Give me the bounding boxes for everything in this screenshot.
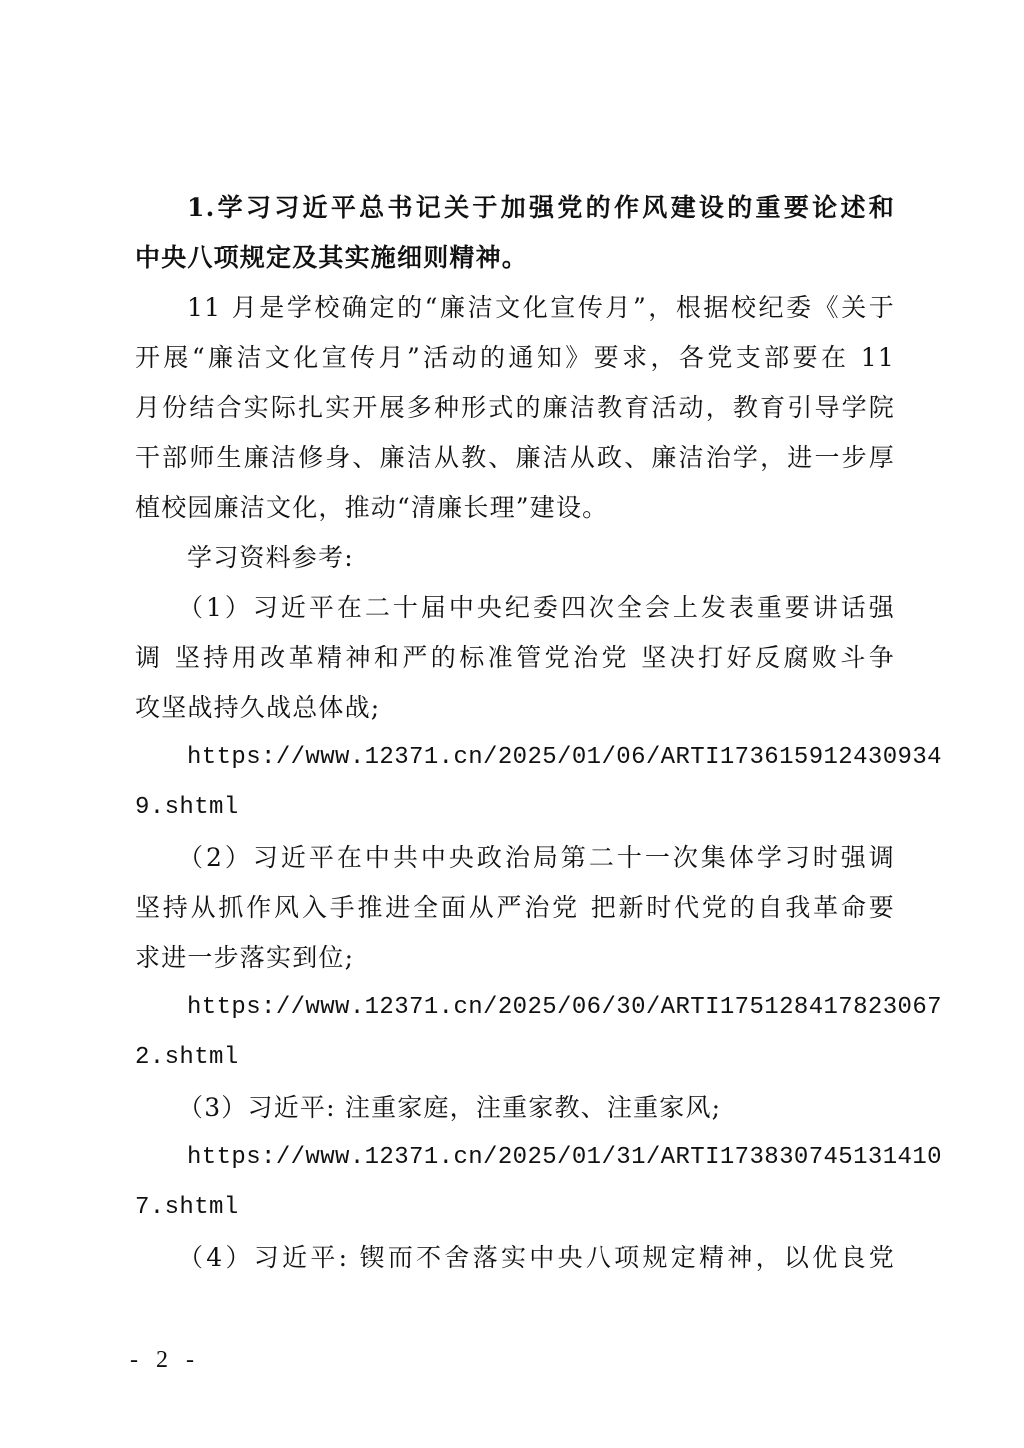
document-page: 1.学习习近平总书记关于加强党的作风建设的重要论述和 中央八项规定及其实施细则精… bbox=[0, 0, 1024, 1448]
reference-2-title-line-3: 求进一步落实到位; bbox=[135, 933, 895, 983]
reference-1-title-line-2: 调 坚持用改革精神和严的标准管党治党 坚决打好反腐败斗争 bbox=[135, 633, 895, 683]
reference-1-url-line-2[interactable]: 9.shtml bbox=[135, 783, 895, 833]
reference-3-title-line-1: （3）习近平: 注重家庭，注重家教、注重家风; bbox=[178, 1083, 895, 1133]
reference-4-title-line-1: （4）习近平: 锲而不舍落实中央八项规定精神，以优良党 bbox=[178, 1233, 895, 1283]
intro-paragraph-line-1: 11 月是学校确定的“廉洁文化宣传月”，根据校纪委《关于 bbox=[187, 283, 895, 333]
intro-paragraph-line-3: 月份结合实际扎实开展多种形式的廉洁教育活动，教育引导学院 bbox=[135, 383, 895, 433]
reference-1-title-line-3: 攻坚战持久战总体战; bbox=[135, 683, 895, 733]
intro-paragraph-line-4: 干部师生廉洁修身、廉洁从教、廉洁从政、廉洁治学，进一步厚 bbox=[135, 433, 895, 483]
reference-label: 学习资料参考: bbox=[187, 533, 895, 583]
reference-2-title-line-1: （2）习近平在中共中央政治局第二十一次集体学习时强调 bbox=[178, 833, 895, 883]
reference-1-title-line-1: （1）习近平在二十届中央纪委四次全会上发表重要讲话强 bbox=[178, 583, 895, 633]
reference-3-url-line-2[interactable]: 7.shtml bbox=[135, 1183, 895, 1233]
intro-paragraph-line-5: 植校园廉洁文化，推动“清廉长理”建设。 bbox=[135, 483, 895, 533]
reference-3-url-line-1[interactable]: https://www.12371.cn/2025/01/31/ARTI1738… bbox=[187, 1133, 895, 1183]
reference-2-url-line-1[interactable]: https://www.12371.cn/2025/06/30/ARTI1751… bbox=[187, 983, 895, 1033]
section-heading-line-1: 1.学习习近平总书记关于加强党的作风建设的重要论述和 bbox=[187, 183, 895, 233]
reference-2-title-line-2: 坚持从抓作风入手推进全面从严治党 把新时代党的自我革命要 bbox=[135, 883, 895, 933]
reference-2-url-line-2[interactable]: 2.shtml bbox=[135, 1033, 895, 1083]
page-number: - 2 - bbox=[130, 1345, 200, 1375]
reference-1-url-line-1[interactable]: https://www.12371.cn/2025/01/06/ARTI1736… bbox=[187, 733, 895, 783]
intro-paragraph-line-2: 开展“廉洁文化宣传月”活动的通知》要求，各党支部要在 11 bbox=[135, 333, 895, 383]
section-heading-line-2: 中央八项规定及其实施细则精神。 bbox=[135, 233, 895, 283]
